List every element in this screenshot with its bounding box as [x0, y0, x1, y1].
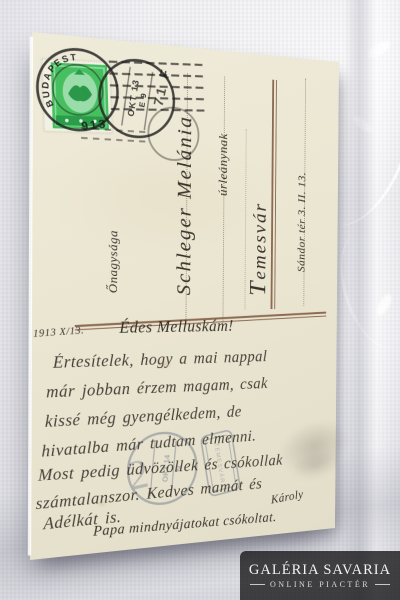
message-signature: Károly: [270, 487, 303, 508]
photo-scene: BUDAPEST OKT 13 E 9 913 71 F Őnagysága S…: [0, 0, 400, 600]
address-rule-line: [274, 80, 277, 309]
message-salutation: Édes Melluskám!: [119, 318, 233, 339]
message-date: 1913 X/13.: [33, 326, 85, 340]
watermark-subtitle: ONLINE PIACTÉR: [270, 580, 370, 589]
address-street-line: Sándor tér 3. II. 13.: [296, 172, 308, 273]
postmark-time-text: E 9: [137, 91, 148, 108]
address-honorific: Őnagysága: [105, 230, 121, 293]
address-dotted-line: [222, 76, 225, 324]
watermark-title: GALÉRIA SAVARIA: [249, 563, 391, 578]
postmark-year-text: 913: [80, 117, 108, 133]
address-recipient-name: Schleger Melánia: [173, 114, 197, 295]
watermark-badge: GALÉRIA SAVARIA ONLINE PIACTÉR: [240, 551, 400, 600]
address-city: Temesvár: [244, 201, 273, 296]
postcard: BUDAPEST OKT 13 E 9 913 71 F Őnagysága S…: [30, 32, 339, 560]
message-line: már jobban érzem magam, csak: [46, 375, 268, 403]
watermark-rule: [250, 584, 265, 585]
watermark-rule: [375, 584, 390, 585]
address-title-line: úrleánynak: [216, 133, 231, 196]
